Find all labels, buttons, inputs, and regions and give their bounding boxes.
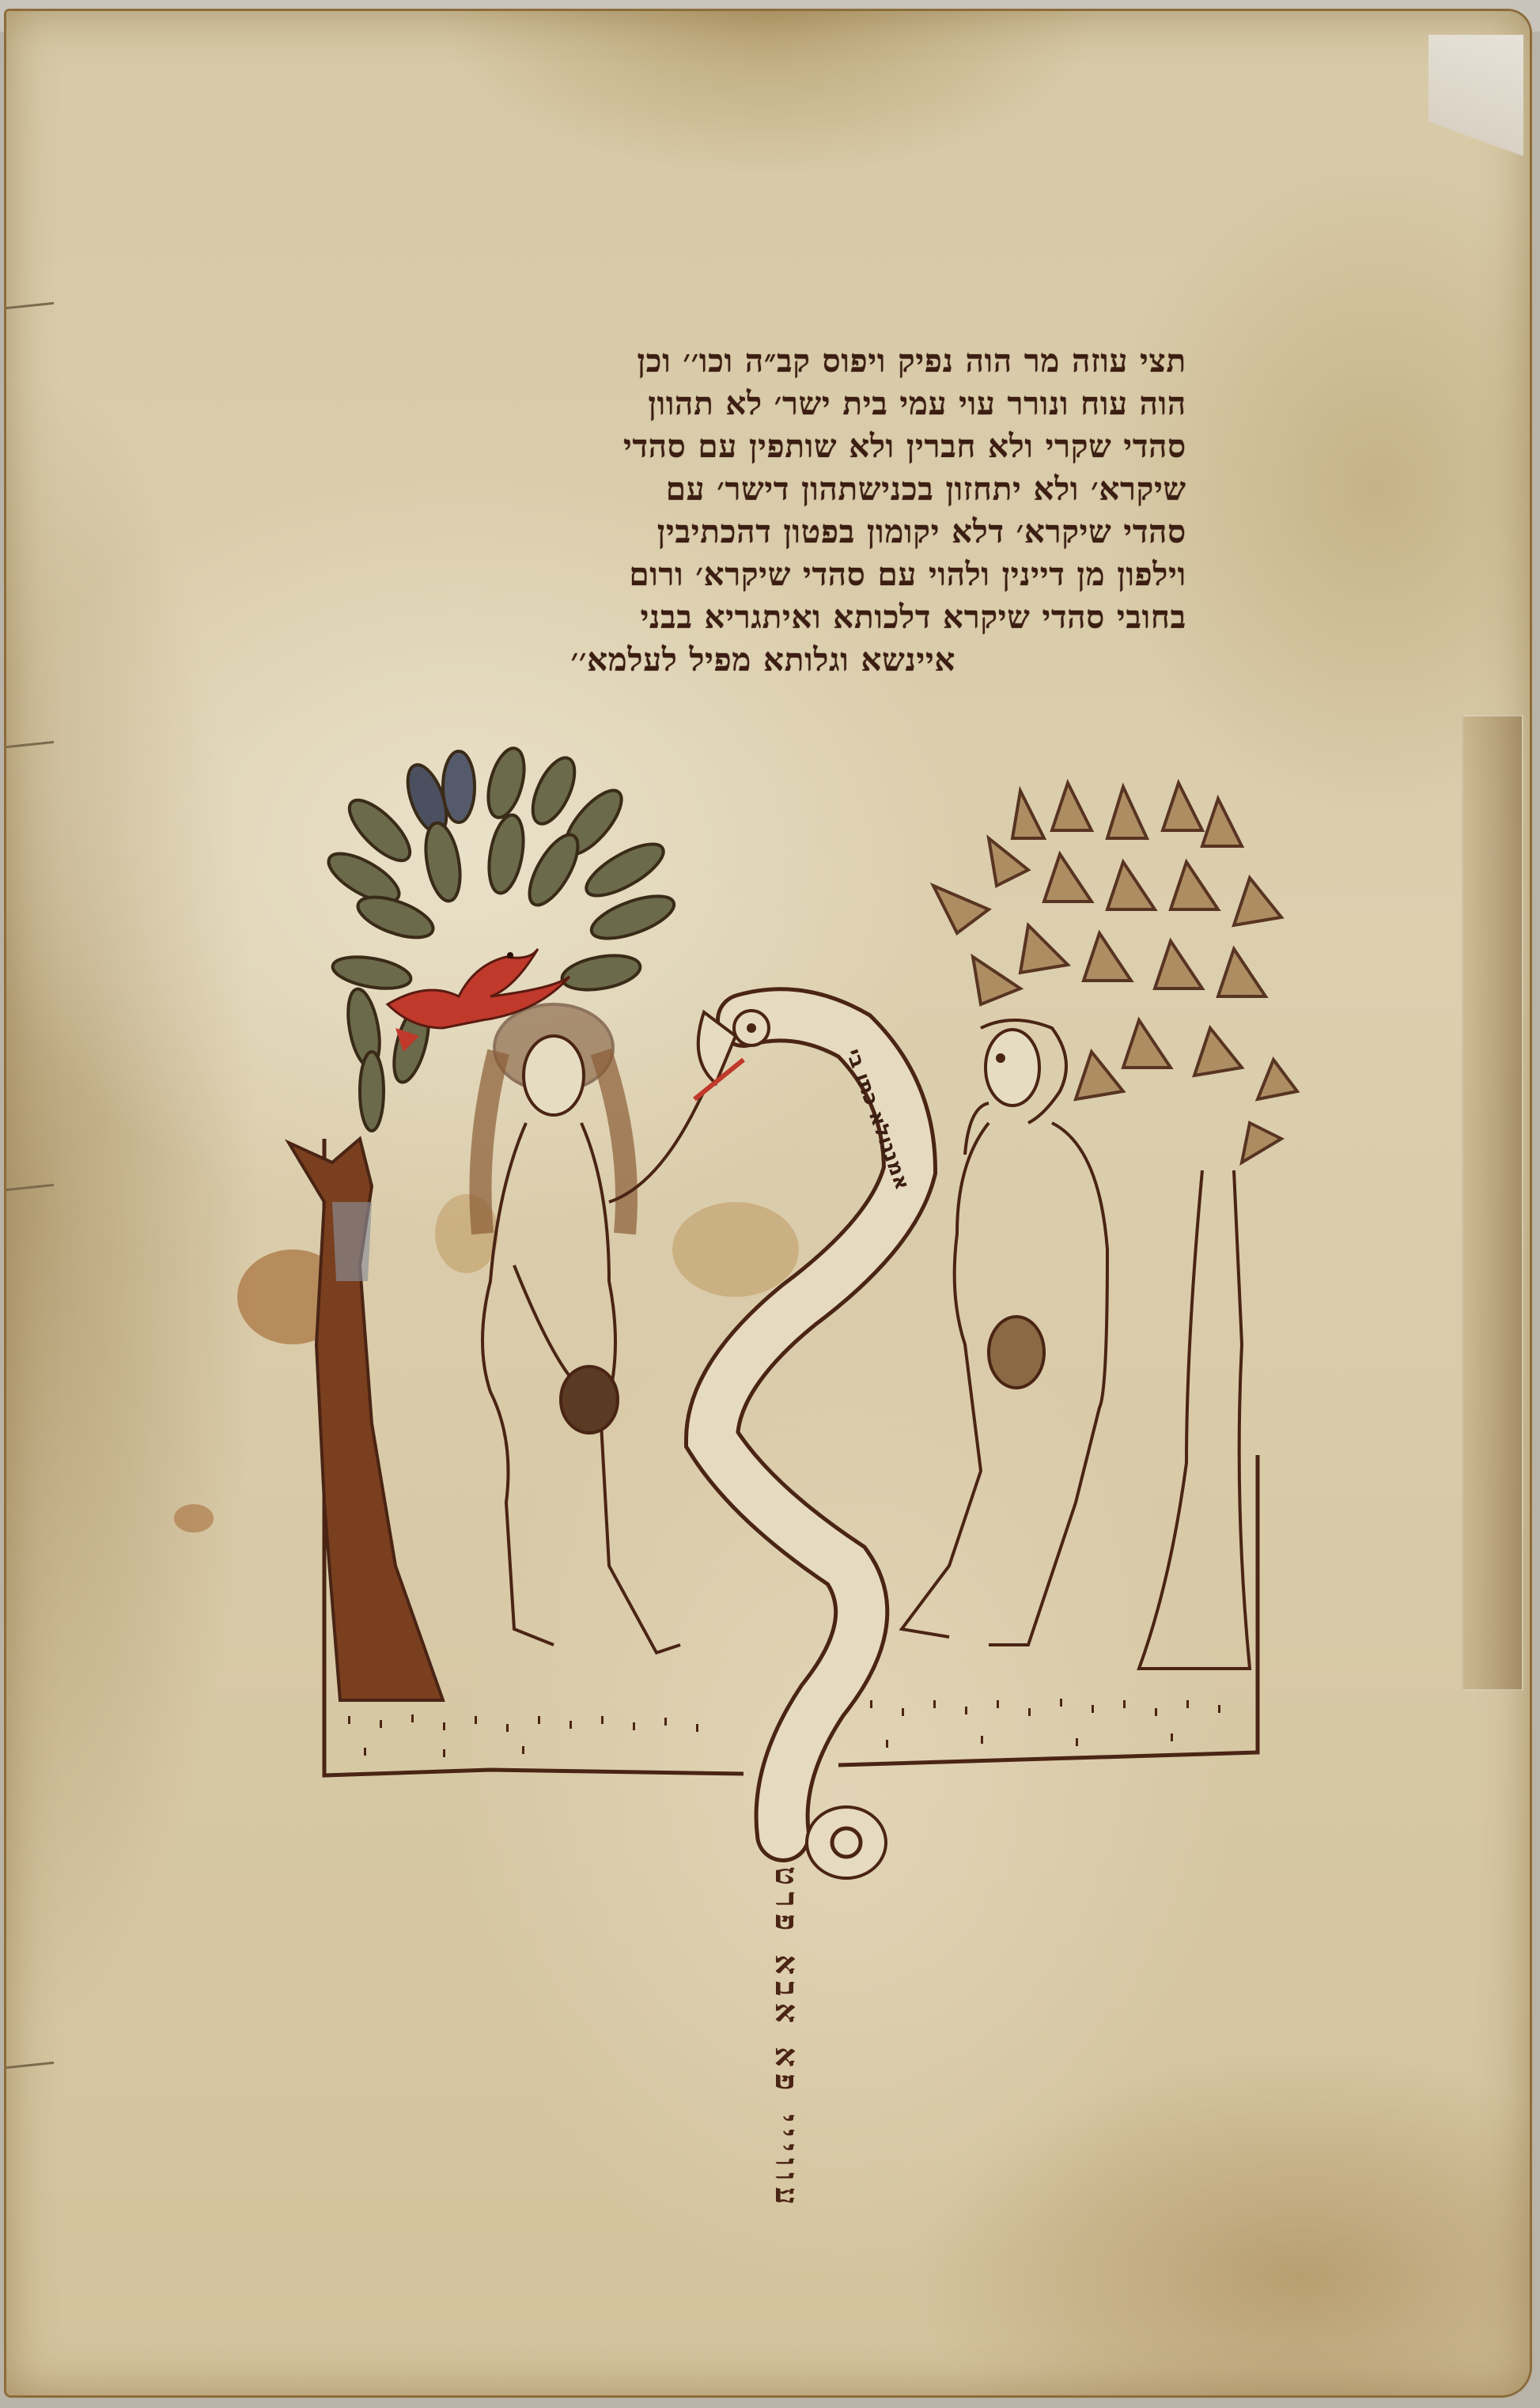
eve-figure [481,1004,705,1653]
adam-figure [902,1020,1107,1645]
stain [174,1504,214,1533]
vertical-inscription: עווייי פא אבא פרט [750,1866,805,2211]
serpent: אמנגולא כתו בי [694,1011,914,1878]
stain [672,1202,799,1297]
right-tree-foliage [933,783,1297,1162]
right-tree [933,783,1297,1669]
trunk-abrasion [332,1202,372,1281]
